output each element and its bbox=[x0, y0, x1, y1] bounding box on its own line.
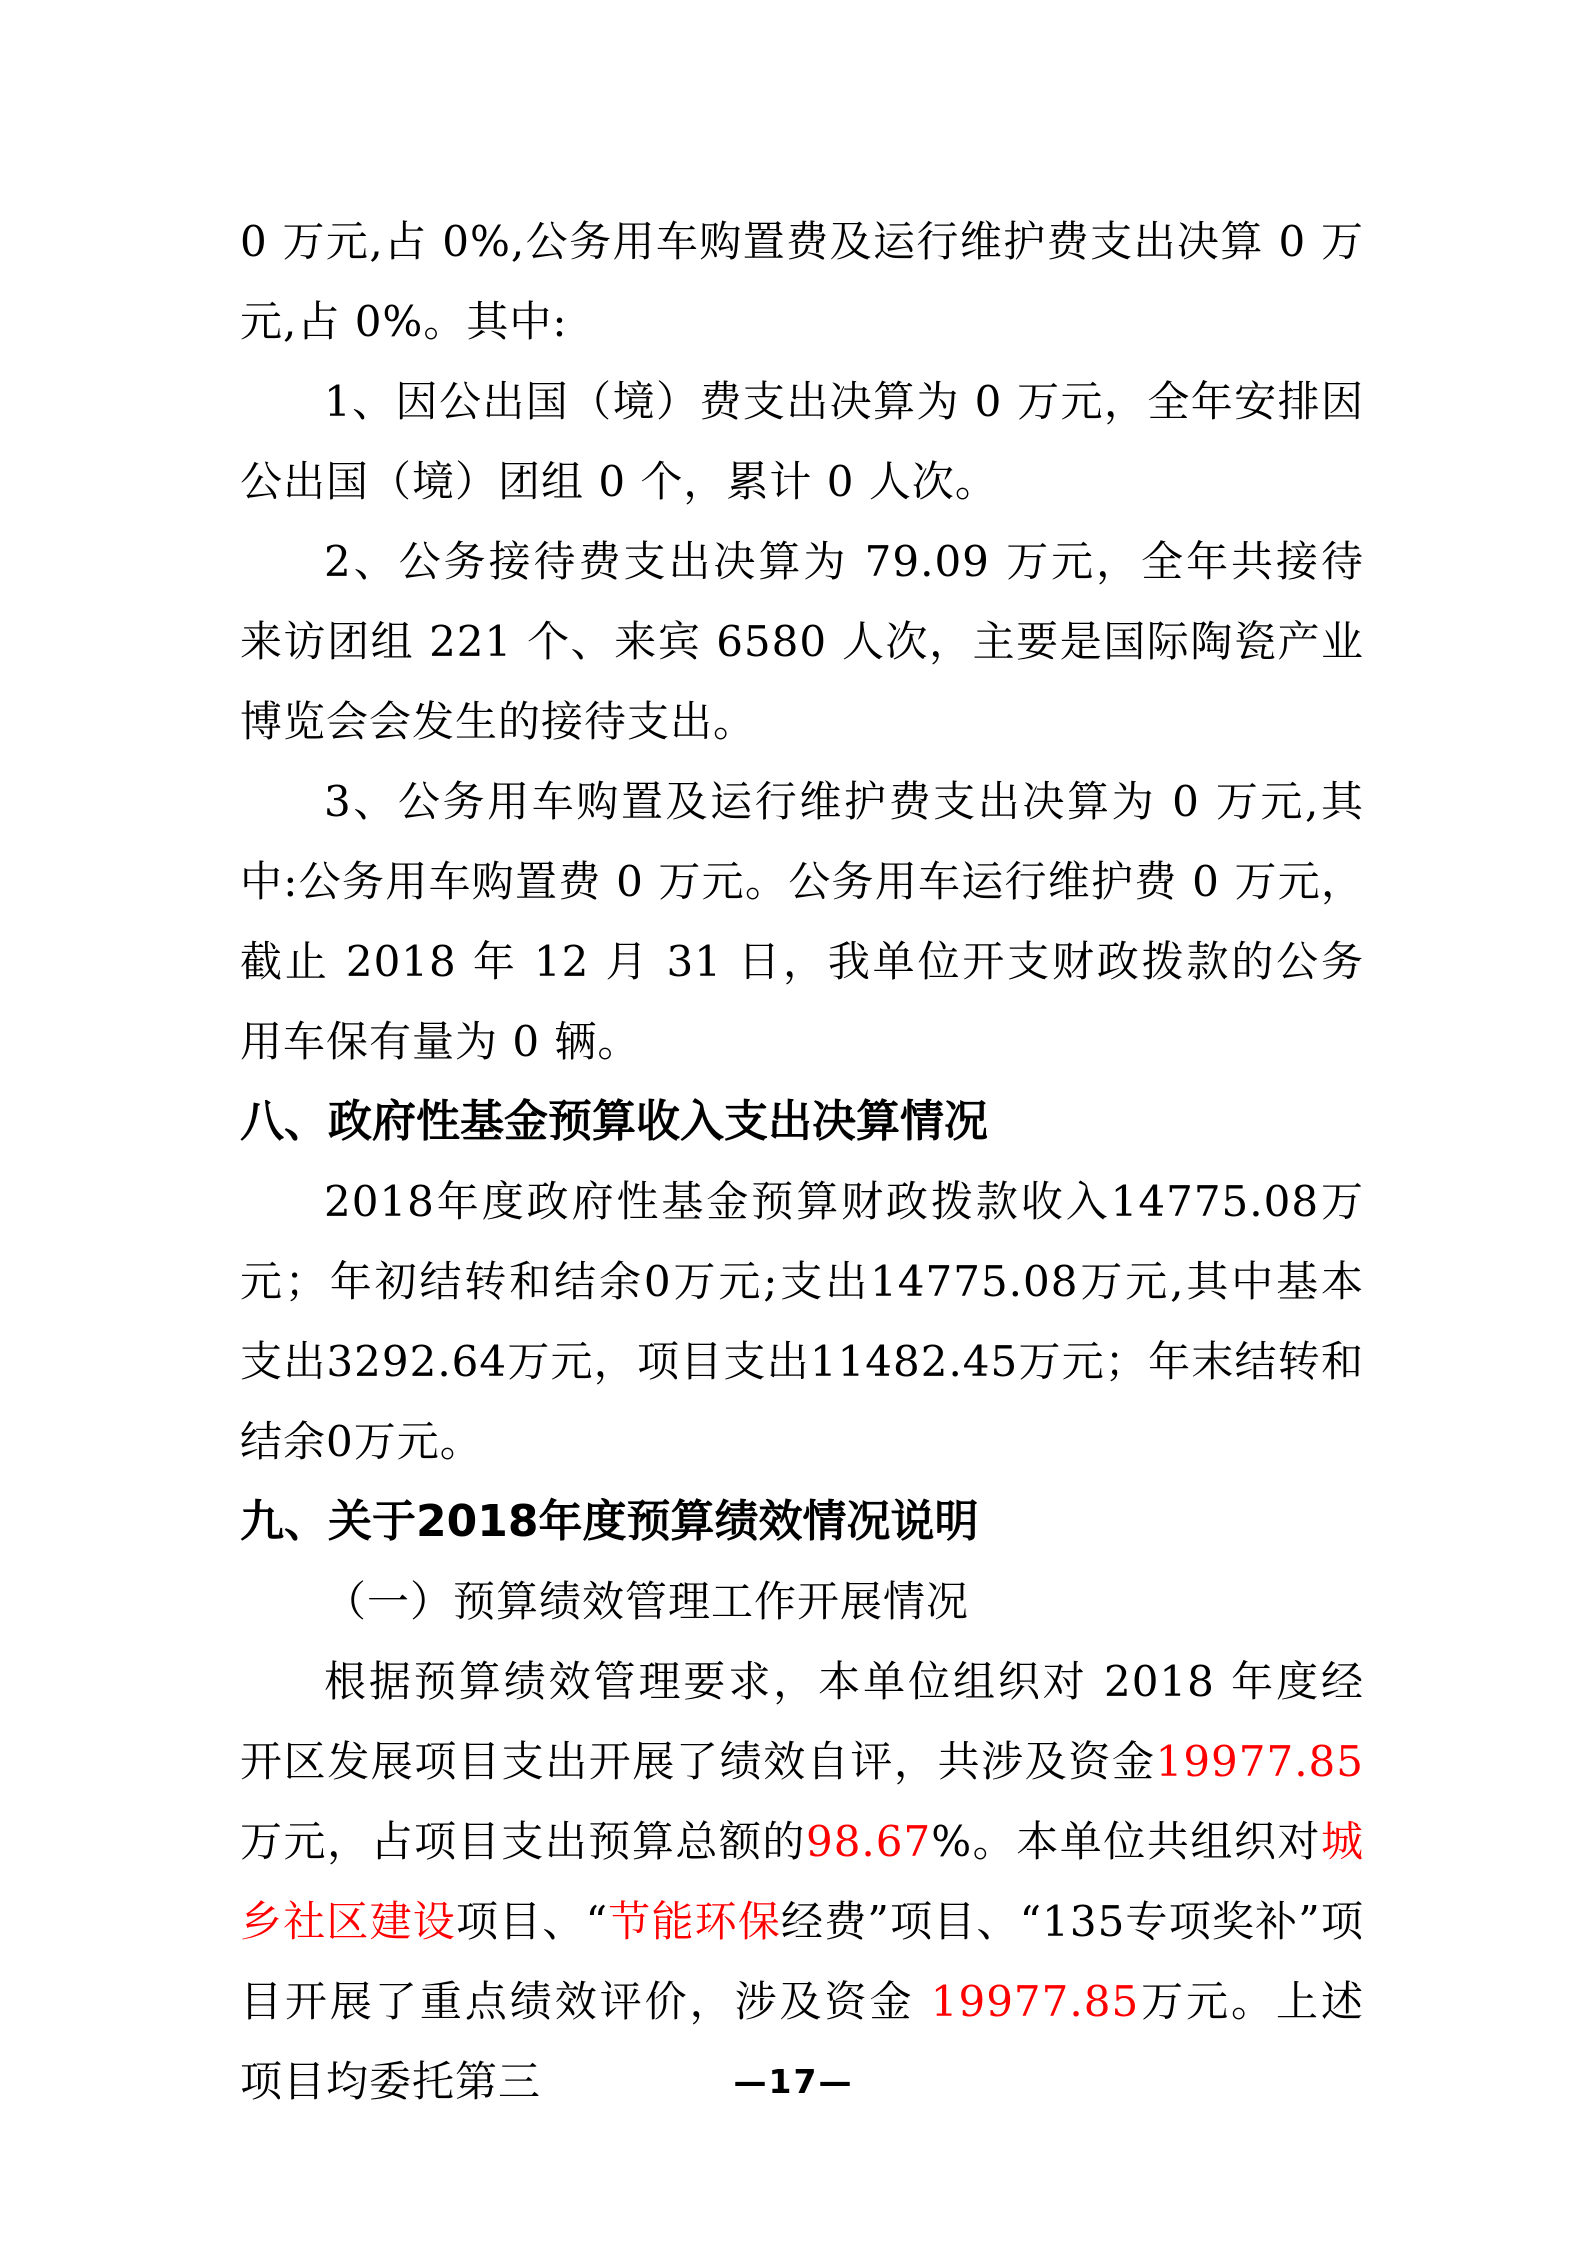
highlight-red-text: 节能环保 bbox=[608, 1897, 781, 1946]
paragraph-item-1: 1、因公出国（境）费支出决算为 0 万元，全年安排因公出国（境）团组 0 个，累… bbox=[240, 362, 1364, 522]
text-run: （一）预算绩效管理工作开展情况 bbox=[324, 1577, 969, 1626]
text-run: 1、因公出国（境）费支出决算为 0 万元，全年安排因公出国（境）团组 0 个，累… bbox=[240, 377, 1364, 506]
text-run: 万元，占项目支出预算总额的 bbox=[240, 1817, 806, 1866]
paragraph-gov-fund: 2018年度政府性基金预算财政拨款收入14775.08万元；年初结转和结余0万元… bbox=[240, 1162, 1364, 1482]
page-number: —17— bbox=[734, 2062, 854, 2101]
document-page: 0 万元,占 0%,公务用车购置费及运行维护费支出决算 0 万元,占 0%。其中… bbox=[0, 0, 1587, 2245]
highlight-red-text: 98.67 bbox=[806, 1817, 931, 1866]
text-run: 项目、“ bbox=[456, 1897, 608, 1946]
text-run: %。本单位共组织对 bbox=[931, 1817, 1321, 1866]
text-run: 九、关于2018年度预算绩效情况说明 bbox=[240, 1496, 978, 1547]
section-heading-8: 八、政府性基金预算收入支出决算情况 bbox=[240, 1082, 1364, 1162]
paragraph-item-2: 2、公务接待费支出决算为 79.09 万元，全年共接待来访团组 221 个、来宾… bbox=[240, 522, 1364, 762]
paragraph-subsection-1: （一）预算绩效管理工作开展情况 bbox=[240, 1562, 1364, 1642]
highlight-red-text: 19977.85 bbox=[1156, 1737, 1364, 1786]
section-heading-9: 九、关于2018年度预算绩效情况说明 bbox=[240, 1482, 1364, 1562]
paragraph-item-3: 3、公务用车购置及运行维护费支出决算为 0 万元,其中:公务用车购置费 0 万元… bbox=[240, 762, 1364, 1082]
paragraph-continuation: 0 万元,占 0%,公务用车购置费及运行维护费支出决算 0 万元,占 0%。其中… bbox=[240, 202, 1364, 362]
text-run: 0 万元,占 0%,公务用车购置费及运行维护费支出决算 0 万元,占 0%。其中… bbox=[240, 217, 1364, 346]
text-run: 3、公务用车购置及运行维护费支出决算为 0 万元,其中:公务用车购置费 0 万元… bbox=[240, 777, 1364, 1066]
text-run: 2018年度政府性基金预算财政拨款收入14775.08万元；年初结转和结余0万元… bbox=[240, 1177, 1364, 1466]
paragraph-performance: 根据预算绩效管理要求，本单位组织对 2018 年度经开区发展项目支出开展了绩效自… bbox=[240, 1642, 1364, 2122]
document-body: 0 万元,占 0%,公务用车购置费及运行维护费支出决算 0 万元,占 0%。其中… bbox=[240, 202, 1364, 2122]
text-run: 2、公务接待费支出决算为 79.09 万元，全年共接待来访团组 221 个、来宾… bbox=[240, 537, 1364, 746]
page-footer: —17— bbox=[0, 2062, 1587, 2102]
highlight-red-text: 19977.85 bbox=[931, 1977, 1139, 2026]
text-run: 八、政府性基金预算收入支出决算情况 bbox=[240, 1096, 988, 1147]
